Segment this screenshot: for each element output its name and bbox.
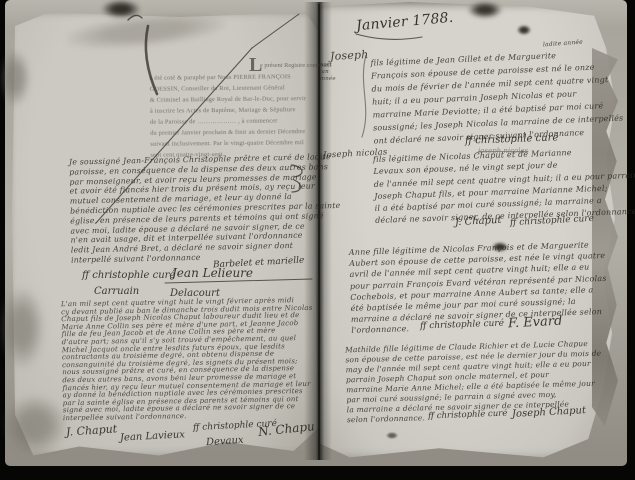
edge-blotch xyxy=(0,288,44,368)
printed-register-header: a été coté & paraphé par Nous PIERRE FRA… xyxy=(150,71,301,161)
printed-line: suivant inclusivement. Par le vingt-quat… xyxy=(150,137,300,150)
entry1-margin-name: Joseph xyxy=(330,48,369,63)
marriage-act-1: Je soussigné Jean-François Christophle p… xyxy=(69,152,317,265)
ink-blot xyxy=(517,25,531,35)
signature-lelieure: Jean Lelieure xyxy=(172,266,253,280)
marriage-act-2: L'an mil sept cent quatre vingt huit le … xyxy=(61,297,317,423)
manuscript-scan: L e présent Registre contenant a été cot… xyxy=(0,0,635,480)
ink-blot xyxy=(102,0,140,18)
entry3-countersignature: F. Evard xyxy=(508,314,563,332)
margin-note-line: l'an xyxy=(318,69,354,76)
edge-blotch xyxy=(4,396,66,454)
baptism-entry-1: fils légitime de Jean Gillet et de Margu… xyxy=(370,47,601,147)
edge-blotch xyxy=(0,50,30,106)
signature-cure-1: ff christophle curé xyxy=(82,270,175,281)
margin-note-line: année xyxy=(318,76,354,83)
signature-carruain: Carruain xyxy=(94,286,139,297)
margin-note-line: mort xyxy=(318,62,354,69)
ink-speckle xyxy=(386,432,398,439)
ink-blot xyxy=(468,2,502,18)
margin-note: mortl'anannée xyxy=(318,62,354,83)
